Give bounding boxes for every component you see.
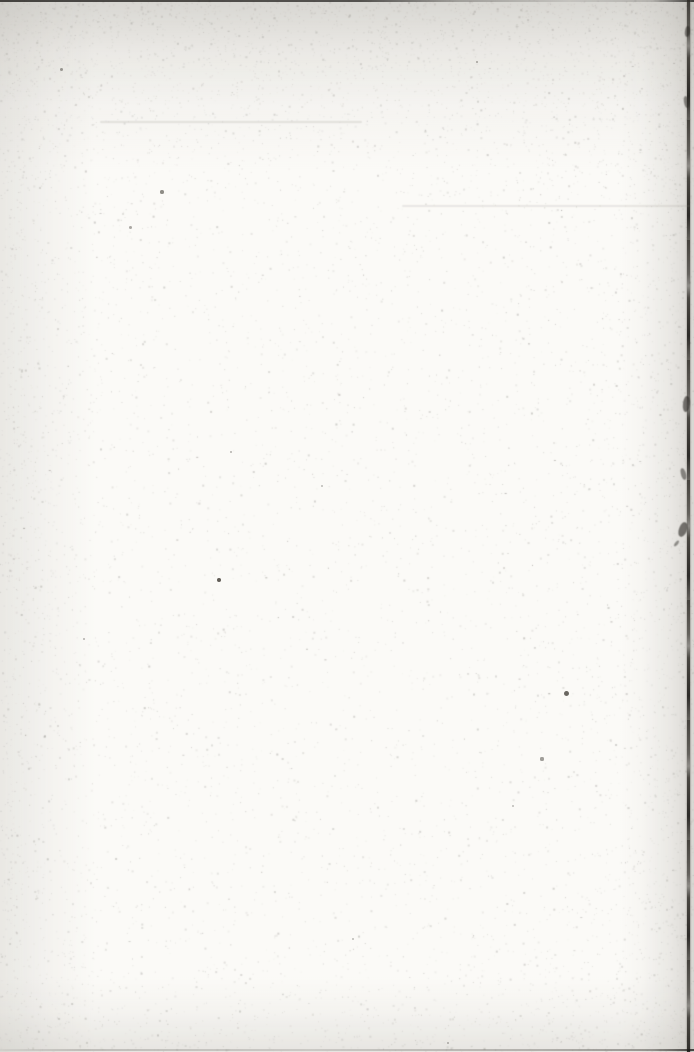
page-marks-layer (0, 0, 694, 1052)
edge-ink-blotch (684, 26, 690, 38)
ink-speck (60, 68, 63, 71)
ink-speck (476, 61, 479, 64)
edge-ink-blotch (682, 396, 691, 413)
edge-ink-blotch (683, 96, 690, 109)
edge-ink-blotch (680, 468, 688, 481)
ink-speck (321, 485, 324, 488)
ink-speck (129, 226, 132, 229)
edge-ink-blotch (677, 521, 690, 538)
ink-speck (447, 1042, 450, 1045)
edge-ink-blotch (673, 540, 680, 547)
ink-speck (83, 638, 86, 641)
ink-speck (352, 938, 355, 941)
ink-speck (230, 451, 233, 454)
ink-speck (217, 578, 222, 583)
ink-speck (540, 757, 543, 760)
scan-streak (100, 121, 362, 123)
ink-speck (160, 190, 164, 194)
ink-speck (512, 805, 515, 808)
scanned-blank-page (0, 0, 694, 1052)
scan-streak (402, 205, 690, 207)
ink-speck (564, 691, 569, 696)
